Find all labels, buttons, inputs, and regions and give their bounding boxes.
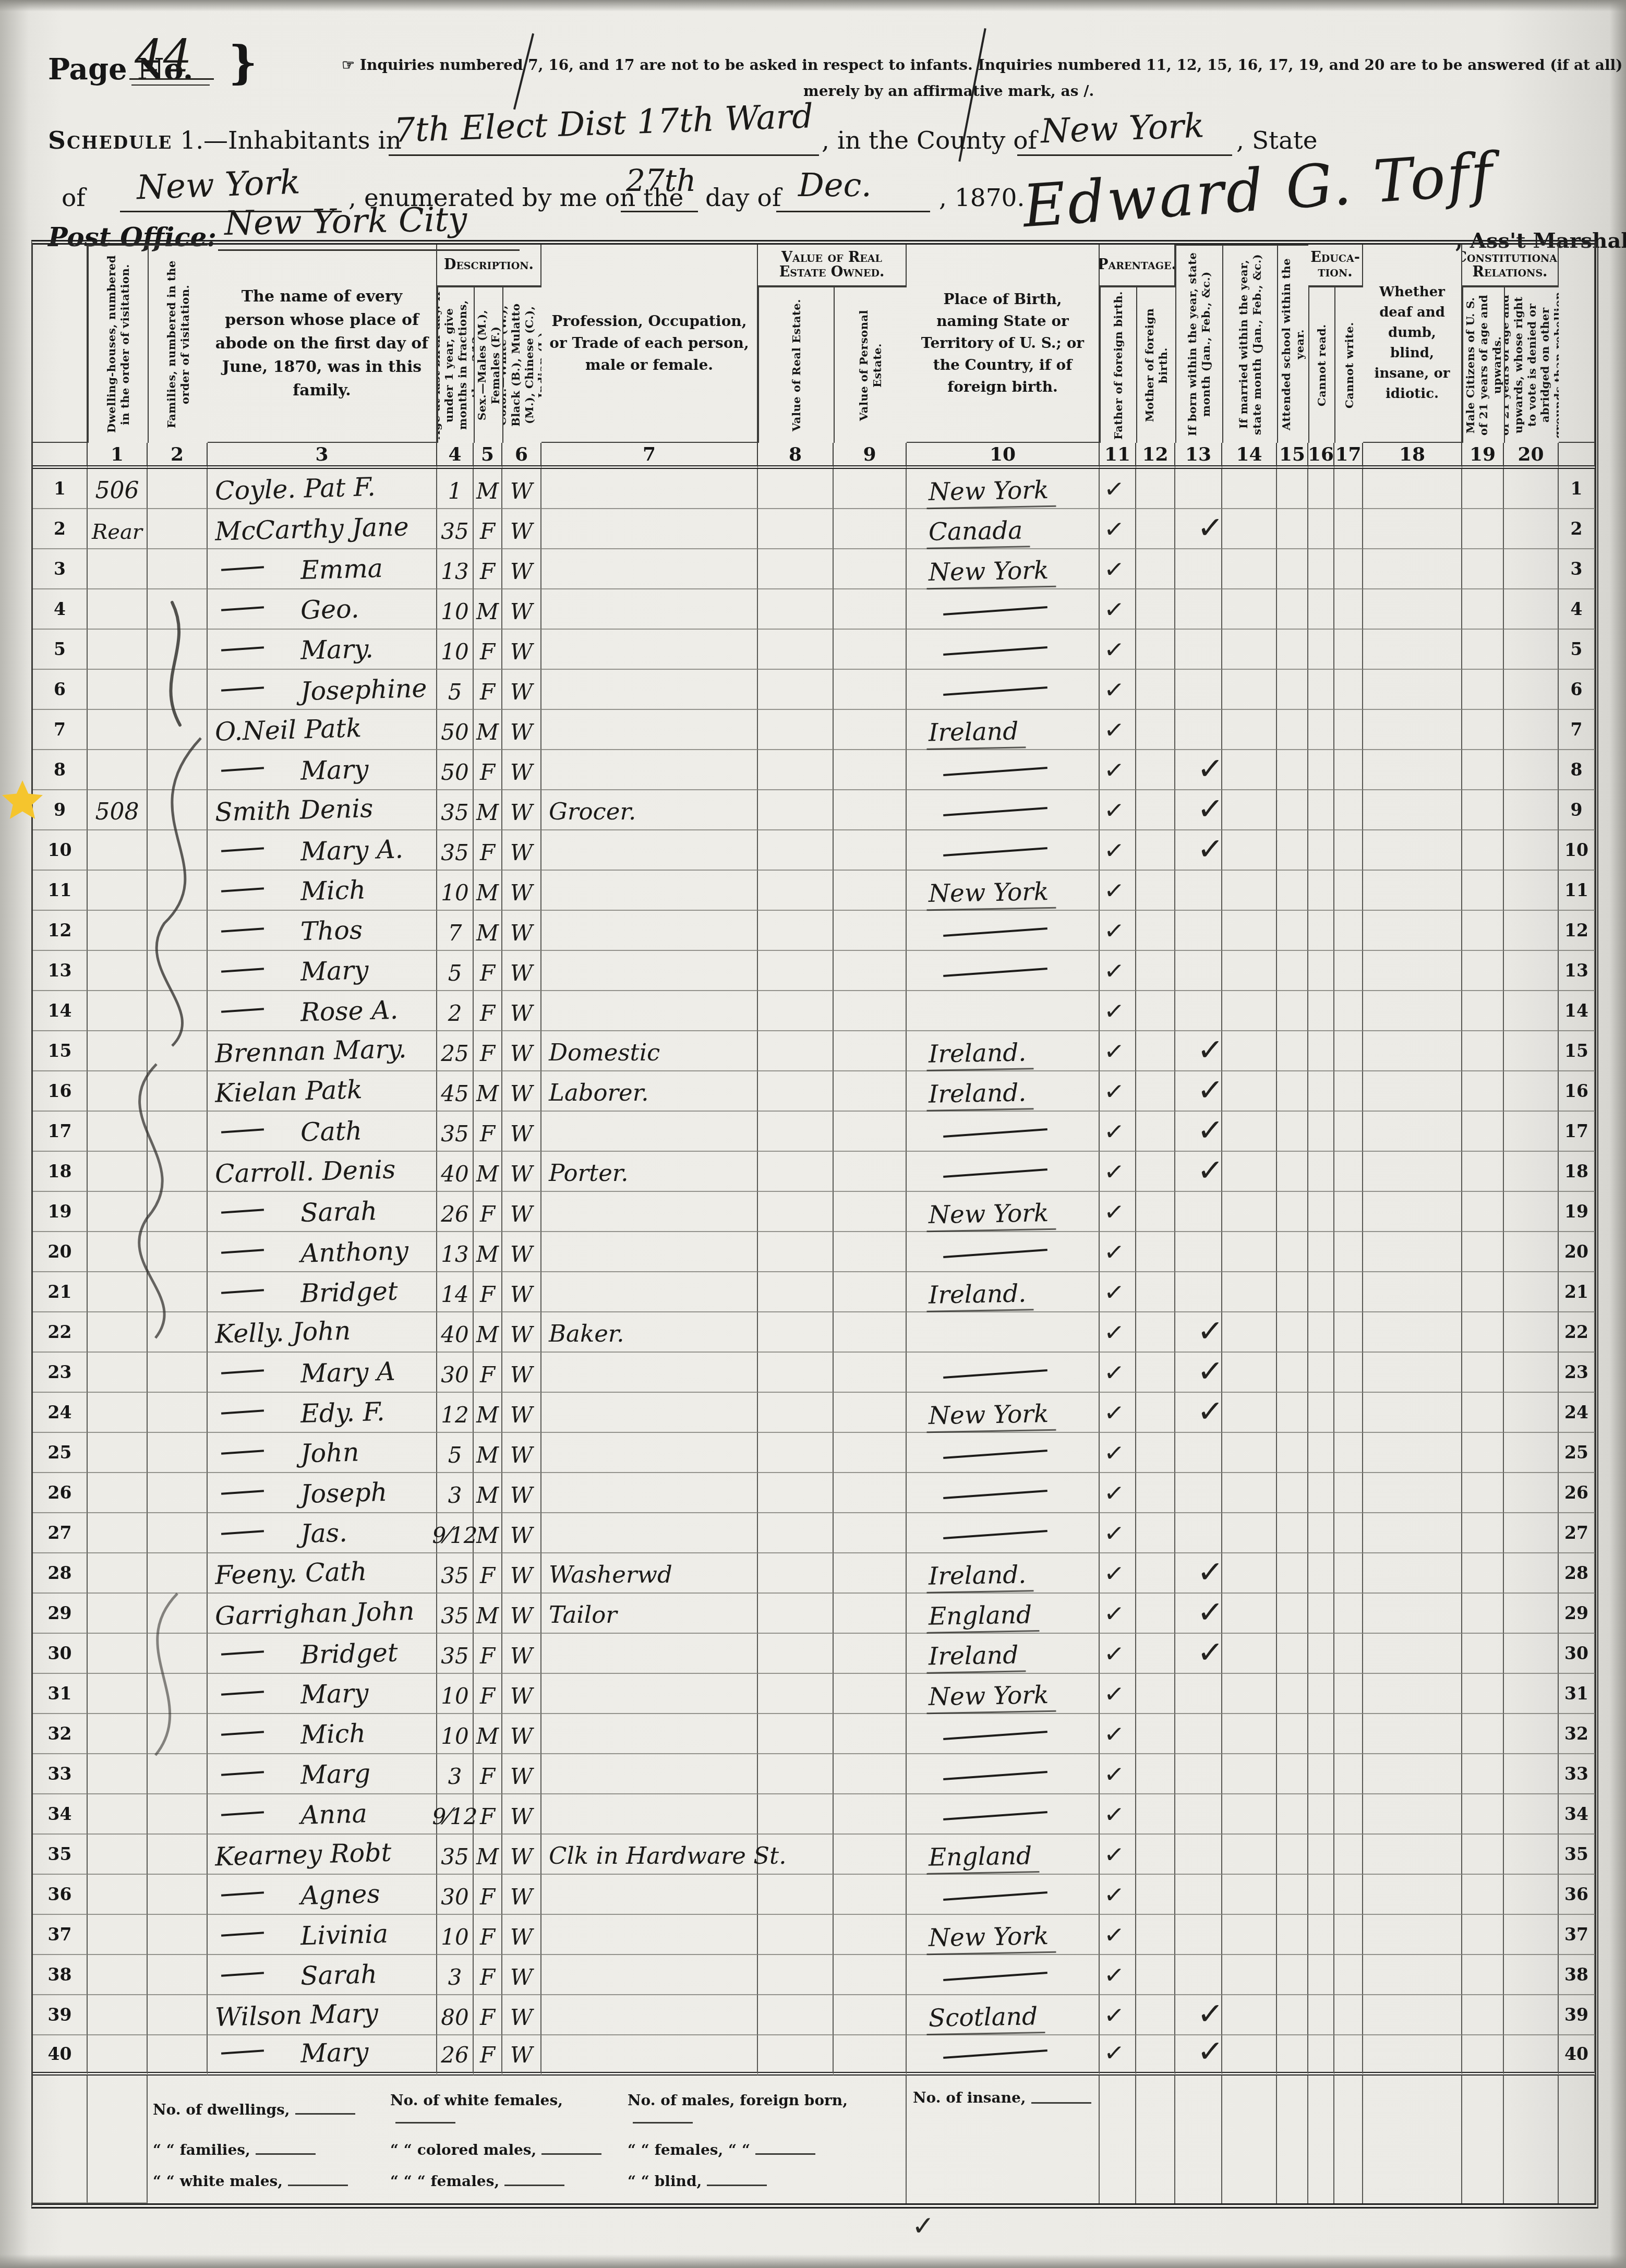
cell-color: W [502,1473,541,1513]
cell-attended-school [1277,1152,1308,1192]
color-handwritten: W [510,719,533,745]
footer-total-item: No. of males, foreign born, [628,2092,912,2127]
person-name-handwritten: Brennan Mary. [214,1034,407,1069]
ditto-dash [221,1289,264,1294]
cell-birthplace: New York [907,1393,1100,1433]
cell-deaf-dumb [1363,1794,1462,1835]
cell-family [148,1634,208,1674]
sex-handwritten: F [480,1563,495,1588]
cell-name: Wilson Mary [208,1995,437,2035]
cell-cannot-read [1308,871,1334,911]
cell-male-citizen [1462,549,1504,589]
cell-name: Mary [208,750,437,790]
cell-cannot-write [1334,630,1363,670]
cell-color: W [502,1192,541,1232]
cell-birthplace [907,1152,1100,1192]
cell-age: 2 [437,991,474,1031]
footer-total-item: “ “ females, “ “ [628,2140,912,2158]
ditto-dash [221,1530,264,1535]
row-number-left: 23 [33,1353,88,1393]
row-number-right: 34 [1559,1794,1595,1835]
birthplace-handwritten: Canada [926,516,1030,549]
cell-cannot-read [1308,1714,1334,1754]
cell-deaf-dumb [1363,710,1462,750]
cell-male-citizen [1462,670,1504,710]
cell-birthplace [907,589,1100,630]
cell-sex: M [474,911,502,951]
cell-deaf-dumb [1363,1152,1462,1192]
cell-male-citizen [1462,1232,1504,1272]
cell-deaf-dumb [1363,509,1462,549]
cell-attended-school [1277,1875,1308,1915]
cell-born-month [1175,1433,1222,1473]
ditto-dash [943,686,1047,696]
infants-note-line2: merely by an affirmative mark, as /. [803,82,1094,100]
row-number-right: 15 [1559,1031,1595,1071]
cell-father-foreign: ✓ [1100,1272,1136,1312]
cell-dwelling [88,589,148,630]
ditto-dash [221,1128,264,1133]
row-number-right: 3 [1559,549,1595,589]
row-number-left: 36 [33,1875,88,1915]
affirmative-check-mark: ✓ [1098,1036,1126,1072]
cell-color: W [502,830,541,871]
cell-birthplace [907,1513,1100,1553]
cell-dwelling [88,1393,148,1433]
cell-sex: F [474,2035,502,2076]
cell-male-citizen [1462,1875,1504,1915]
sex-handwritten: M [476,800,499,825]
cell-birthplace [907,1955,1100,1995]
cell-deaf-dumb [1363,830,1462,871]
cell-mother-foreign [1136,1634,1175,1674]
cell-attended-school [1277,1714,1308,1754]
row-number-right: 7 [1559,710,1595,750]
cell-born-month [1175,630,1222,670]
cell-mother-foreign [1136,1794,1175,1835]
cell-family [148,670,208,710]
cell-born-month: ✓ [1175,1553,1222,1594]
cell-color: W [502,951,541,991]
cell-birthplace: Ireland. [907,1031,1100,1071]
cell-color: W [502,750,541,790]
cell-married-month [1222,1031,1277,1071]
cell-family [148,1353,208,1393]
cell-attended-school [1277,1513,1308,1553]
cell-age: 40 [437,1152,474,1192]
sex-handwritten: F [480,960,495,986]
header-rownum-right [1559,245,1595,443]
ditto-dash [943,927,1047,937]
cell-deaf-dumb [1363,2035,1462,2076]
age-handwritten: 10 [441,1683,468,1709]
column-number-2: 2 [148,443,208,469]
cell-deaf-dumb [1363,1835,1462,1875]
cell-cannot-read [1308,1071,1334,1112]
cell-married-month [1222,1232,1277,1272]
cell-born-month: ✓ [1175,1594,1222,1634]
column-number-17: 17 [1334,443,1363,469]
cell-born-month: ✓ [1175,1031,1222,1071]
dwelling-number-handwritten: 508 [95,799,139,825]
sex-handwritten: F [480,1041,495,1066]
cell-father-foreign: ✓ [1100,1594,1136,1634]
affirmative-check-mark: ✓ [1098,715,1126,751]
cell-personal-estate [834,630,907,670]
cell-male-citizen [1462,1835,1504,1875]
cell-married-month [1222,1714,1277,1754]
cell-cannot-write [1334,871,1363,911]
footer-blank-line [288,2172,348,2186]
cell-attended-school [1277,1192,1308,1232]
cell-name: Joseph [208,1473,437,1513]
cell-deaf-dumb [1363,630,1462,670]
cell-attended-school [1277,1393,1308,1433]
cell-cannot-write [1334,1674,1363,1714]
cell-father-foreign: ✓ [1100,630,1136,670]
cell-color: W [502,1714,541,1754]
cell-cannot-read [1308,1594,1334,1634]
column-number-3: 3 [208,443,437,469]
ditto-dash [943,1369,1047,1379]
cell-attended-school [1277,509,1308,549]
cell-attended-school [1277,790,1308,830]
cell-personal-estate [834,1794,907,1835]
ditto-dash [221,1650,264,1656]
cell-father-foreign: ✓ [1100,1152,1136,1192]
cell-color: W [502,1915,541,1955]
affirmative-check-mark: ✓ [1098,1397,1126,1433]
cell-father-foreign: ✓ [1100,1112,1136,1152]
cell-born-month [1175,710,1222,750]
cell-occupation [541,1955,758,1995]
cell-name: Carroll. Denis [208,1152,437,1192]
cell-attended-school [1277,1031,1308,1071]
birthplace-handwritten: Scotland [926,2002,1045,2035]
person-name-handwritten: Kielan Patk [214,1075,363,1108]
affirmative-check-mark: ✓ [1098,634,1126,670]
cell-dwelling [88,1232,148,1272]
cell-name: Kearney Robt [208,1835,437,1875]
cell-cannot-write [1334,1192,1363,1232]
cell-male-citizen [1462,830,1504,871]
cell-citizen-denied [1504,549,1559,589]
occupation-handwritten: Domestic [549,1039,660,1066]
cell-married-month [1222,1995,1277,2035]
cell-age: 9⁄12 [437,1794,474,1835]
cell-real-estate [758,1353,834,1393]
cell-mother-foreign [1136,991,1175,1031]
cell-mother-foreign [1136,710,1175,750]
cell-age: 10 [437,630,474,670]
column-number-12: 12 [1136,443,1175,469]
cell-father-foreign: ✓ [1100,1473,1136,1513]
cell-occupation [541,1674,758,1714]
cell-personal-estate [834,991,907,1031]
cell-citizen-denied [1504,1513,1559,1553]
occupation-handwritten: Washerwd [549,1561,672,1588]
affirmative-check-mark: ✓ [1098,1920,1126,1956]
color-handwritten: W [510,1844,533,1869]
cell-age: 5 [437,1433,474,1473]
cell-name: Feeny. Cath [208,1553,437,1594]
ditto-dash [943,1450,1047,1459]
cell-born-month [1175,1714,1222,1754]
age-handwritten: 5 [448,1442,462,1468]
age-handwritten: 26 [441,2042,468,2068]
cell-family [148,1915,208,1955]
cell-born-month [1175,670,1222,710]
cell-name: Anthony [208,1232,437,1272]
cell-male-citizen [1462,1031,1504,1071]
color-handwritten: W [510,679,533,705]
cell-male-citizen [1462,589,1504,630]
cell-dwelling [88,991,148,1031]
row-number-left: 12 [33,911,88,951]
column-header-20: Male Citizens of U. S. of 21 years of ag… [1504,286,1559,443]
cell-married-month [1222,871,1277,911]
occupation-handwritten: Tailor [549,1601,617,1628]
cell-cannot-write [1334,1353,1363,1393]
cell-name: John [208,1433,437,1473]
cell-male-citizen [1462,911,1504,951]
affirmative-check-mark: ✓ [1192,830,1224,871]
person-name-handwritten: Smith Denis [214,793,374,827]
county-value-handwritten: New York [1040,107,1205,151]
ditto-dash [221,1249,264,1254]
cell-father-foreign: ✓ [1100,991,1136,1031]
cell-sex: F [474,1915,502,1955]
cell-real-estate [758,1955,834,1995]
cell-real-estate [758,830,834,871]
row-number-right: 8 [1559,750,1595,790]
footer-empty-cell [1504,2076,1559,2203]
cell-name: Cath [208,1112,437,1152]
cell-male-citizen [1462,1272,1504,1312]
ditto-dash [221,1409,264,1415]
person-name-handwritten: Anna [300,1799,367,1830]
cell-age: 35 [437,830,474,871]
page-no-underline2 [131,85,210,86]
cell-cannot-write [1334,1433,1363,1473]
cell-real-estate [758,670,834,710]
footer-empty-cell [1363,2076,1462,2203]
affirmative-check-mark: ✓ [1192,1152,1224,1192]
cell-age: 14 [437,1272,474,1312]
cell-family [148,1312,208,1353]
age-handwritten: 26 [441,1201,468,1227]
row-number-right: 28 [1559,1553,1595,1594]
affirmative-check-mark: ✓ [1098,835,1126,871]
color-handwritten: W [510,1804,533,1829]
cell-sex: M [474,1835,502,1875]
cell-dwelling [88,1192,148,1232]
cell-cannot-read [1308,1634,1334,1674]
cell-family [148,1835,208,1875]
age-handwritten: 10 [441,880,468,906]
cell-birthplace [907,1312,1100,1353]
birthplace-handwritten: Ireland. [926,1038,1033,1071]
cell-male-citizen [1462,1473,1504,1513]
row-number-right: 26 [1559,1473,1595,1513]
cell-name: Livinia [208,1915,437,1955]
color-handwritten: W [510,1161,533,1187]
column-group-header: Parentage. [1100,245,1175,286]
cell-occupation [541,951,758,991]
cell-citizen-denied [1504,469,1559,509]
ditto-dash [943,807,1047,816]
column-number-14: 14 [1222,443,1277,469]
person-name-handwritten: Rose A. [300,995,399,1028]
affirmative-check-mark: ✓ [1098,915,1126,951]
birthplace-handwritten: Ireland. [926,1560,1033,1594]
sex-handwritten: F [480,559,495,584]
cell-age: 40 [437,1312,474,1353]
ditto-dash [221,686,264,692]
cell-citizen-denied [1504,1433,1559,1473]
color-handwritten: W [510,1563,533,1588]
county-label: , in the County of [822,126,1037,155]
sex-handwritten: M [476,1402,499,1428]
cell-married-month [1222,1353,1277,1393]
person-name-handwritten: Cath [300,1116,362,1147]
column-header-13: If born within the year, state month (Ja… [1175,245,1222,443]
cell-male-citizen [1462,630,1504,670]
cell-name: Mich [208,871,437,911]
month-value-handwritten: Dec. [798,166,872,204]
sex-handwritten: F [480,1282,495,1307]
cell-mother-foreign [1136,509,1175,549]
cell-name: Mary [208,1674,437,1714]
cell-birthplace: England [907,1594,1100,1634]
column-header-17: Cannot write. [1334,286,1363,443]
cell-occupation: Baker. [541,1312,758,1353]
column-group-header: Constitutional Relations. [1462,245,1559,286]
cell-family [148,830,208,871]
cell-real-estate [758,549,834,589]
cell-occupation [541,1754,758,1794]
cell-born-month [1175,1473,1222,1513]
affirmative-check-mark: ✓ [1098,1719,1126,1755]
cell-personal-estate [834,1031,907,1071]
person-name-handwritten: Mary A. [300,834,403,866]
cell-male-citizen [1462,509,1504,549]
cell-dwelling [88,1553,148,1594]
color-handwritten: W [510,1282,533,1307]
row-number-right: 12 [1559,911,1595,951]
year-label: , 1870. [939,184,1025,212]
cell-personal-estate [834,1634,907,1674]
cell-father-foreign: ✓ [1100,871,1136,911]
affirmative-check-mark: ✓ [1098,1598,1126,1634]
cell-sex: M [474,1594,502,1634]
state-value-handwritten: New York [136,163,301,208]
footer-blank-line [633,2109,693,2124]
cell-cannot-write [1334,1232,1363,1272]
row-number-right: 10 [1559,830,1595,871]
cell-birthplace [907,1112,1100,1152]
cell-color: W [502,871,541,911]
cell-cannot-read [1308,1794,1334,1835]
cell-married-month [1222,1594,1277,1634]
column-header-1: Dwelling-houses, numbered in the order o… [88,245,148,443]
row-number-left: 39 [33,1995,88,2035]
cell-sex: F [474,1674,502,1714]
cell-cannot-read [1308,670,1334,710]
cell-birthplace [907,670,1100,710]
cell-father-foreign: ✓ [1100,2035,1136,2076]
affirmative-check-mark: ✓ [1098,1558,1126,1594]
cell-age: 13 [437,1232,474,1272]
cell-personal-estate [834,830,907,871]
row-number-left: 33 [33,1754,88,1794]
column-number-1: 1 [88,443,148,469]
ditto-dash [221,606,264,611]
cell-color: W [502,1754,541,1794]
row-number-right: 31 [1559,1674,1595,1714]
page-no-underline [129,78,214,80]
cell-cannot-write [1334,1835,1363,1875]
row-number-right: 37 [1559,1915,1595,1955]
state-label: , State [1236,126,1318,155]
footer-total-label: “ “ blind, [628,2173,702,2190]
age-handwritten: 50 [441,719,468,745]
affirmative-check-mark: ✓ [1098,594,1126,630]
cell-male-citizen [1462,469,1504,509]
sex-handwritten: F [480,1683,495,1709]
age-handwritten: 2 [448,1000,462,1026]
occupation-handwritten: Grocer. [549,798,636,825]
cell-mother-foreign [1136,951,1175,991]
cell-father-foreign: ✓ [1100,1955,1136,1995]
cell-cannot-read [1308,1272,1334,1312]
cell-personal-estate [834,750,907,790]
cell-color: W [502,1433,541,1473]
cell-color: W [502,1232,541,1272]
color-handwritten: W [510,1603,533,1628]
cell-real-estate [758,1674,834,1714]
cell-cannot-write [1334,951,1363,991]
cell-birthplace [907,1714,1100,1754]
cell-born-month [1175,1192,1222,1232]
affirmative-check-mark: ✓ [1098,1759,1126,1795]
cell-age: 25 [437,1031,474,1071]
ditto-dash [221,1891,264,1897]
cell-family [148,1192,208,1232]
cell-family [148,710,208,750]
cell-citizen-denied [1504,1754,1559,1794]
cell-mother-foreign [1136,1754,1175,1794]
row-number-right: 33 [1559,1754,1595,1794]
cell-occupation: Clk in Hardware St. [541,1835,758,1875]
cell-personal-estate [834,509,907,549]
cell-occupation [541,1112,758,1152]
column-group-header: Educa-tion. [1308,245,1363,286]
color-handwritten: W [510,639,533,665]
cell-color: W [502,630,541,670]
sex-handwritten: F [480,2005,495,2030]
cell-real-estate [758,509,834,549]
cell-personal-estate [834,1112,907,1152]
cell-deaf-dumb [1363,1232,1462,1272]
cell-family [148,1714,208,1754]
cell-deaf-dumb [1363,1433,1462,1473]
cell-cannot-read [1308,1995,1334,2035]
cell-dwelling: 508 [88,790,148,830]
cell-deaf-dumb [1363,1312,1462,1353]
cell-name: O.Neil Patk [208,710,437,750]
affirmative-check-mark: ✓ [1098,1076,1126,1112]
